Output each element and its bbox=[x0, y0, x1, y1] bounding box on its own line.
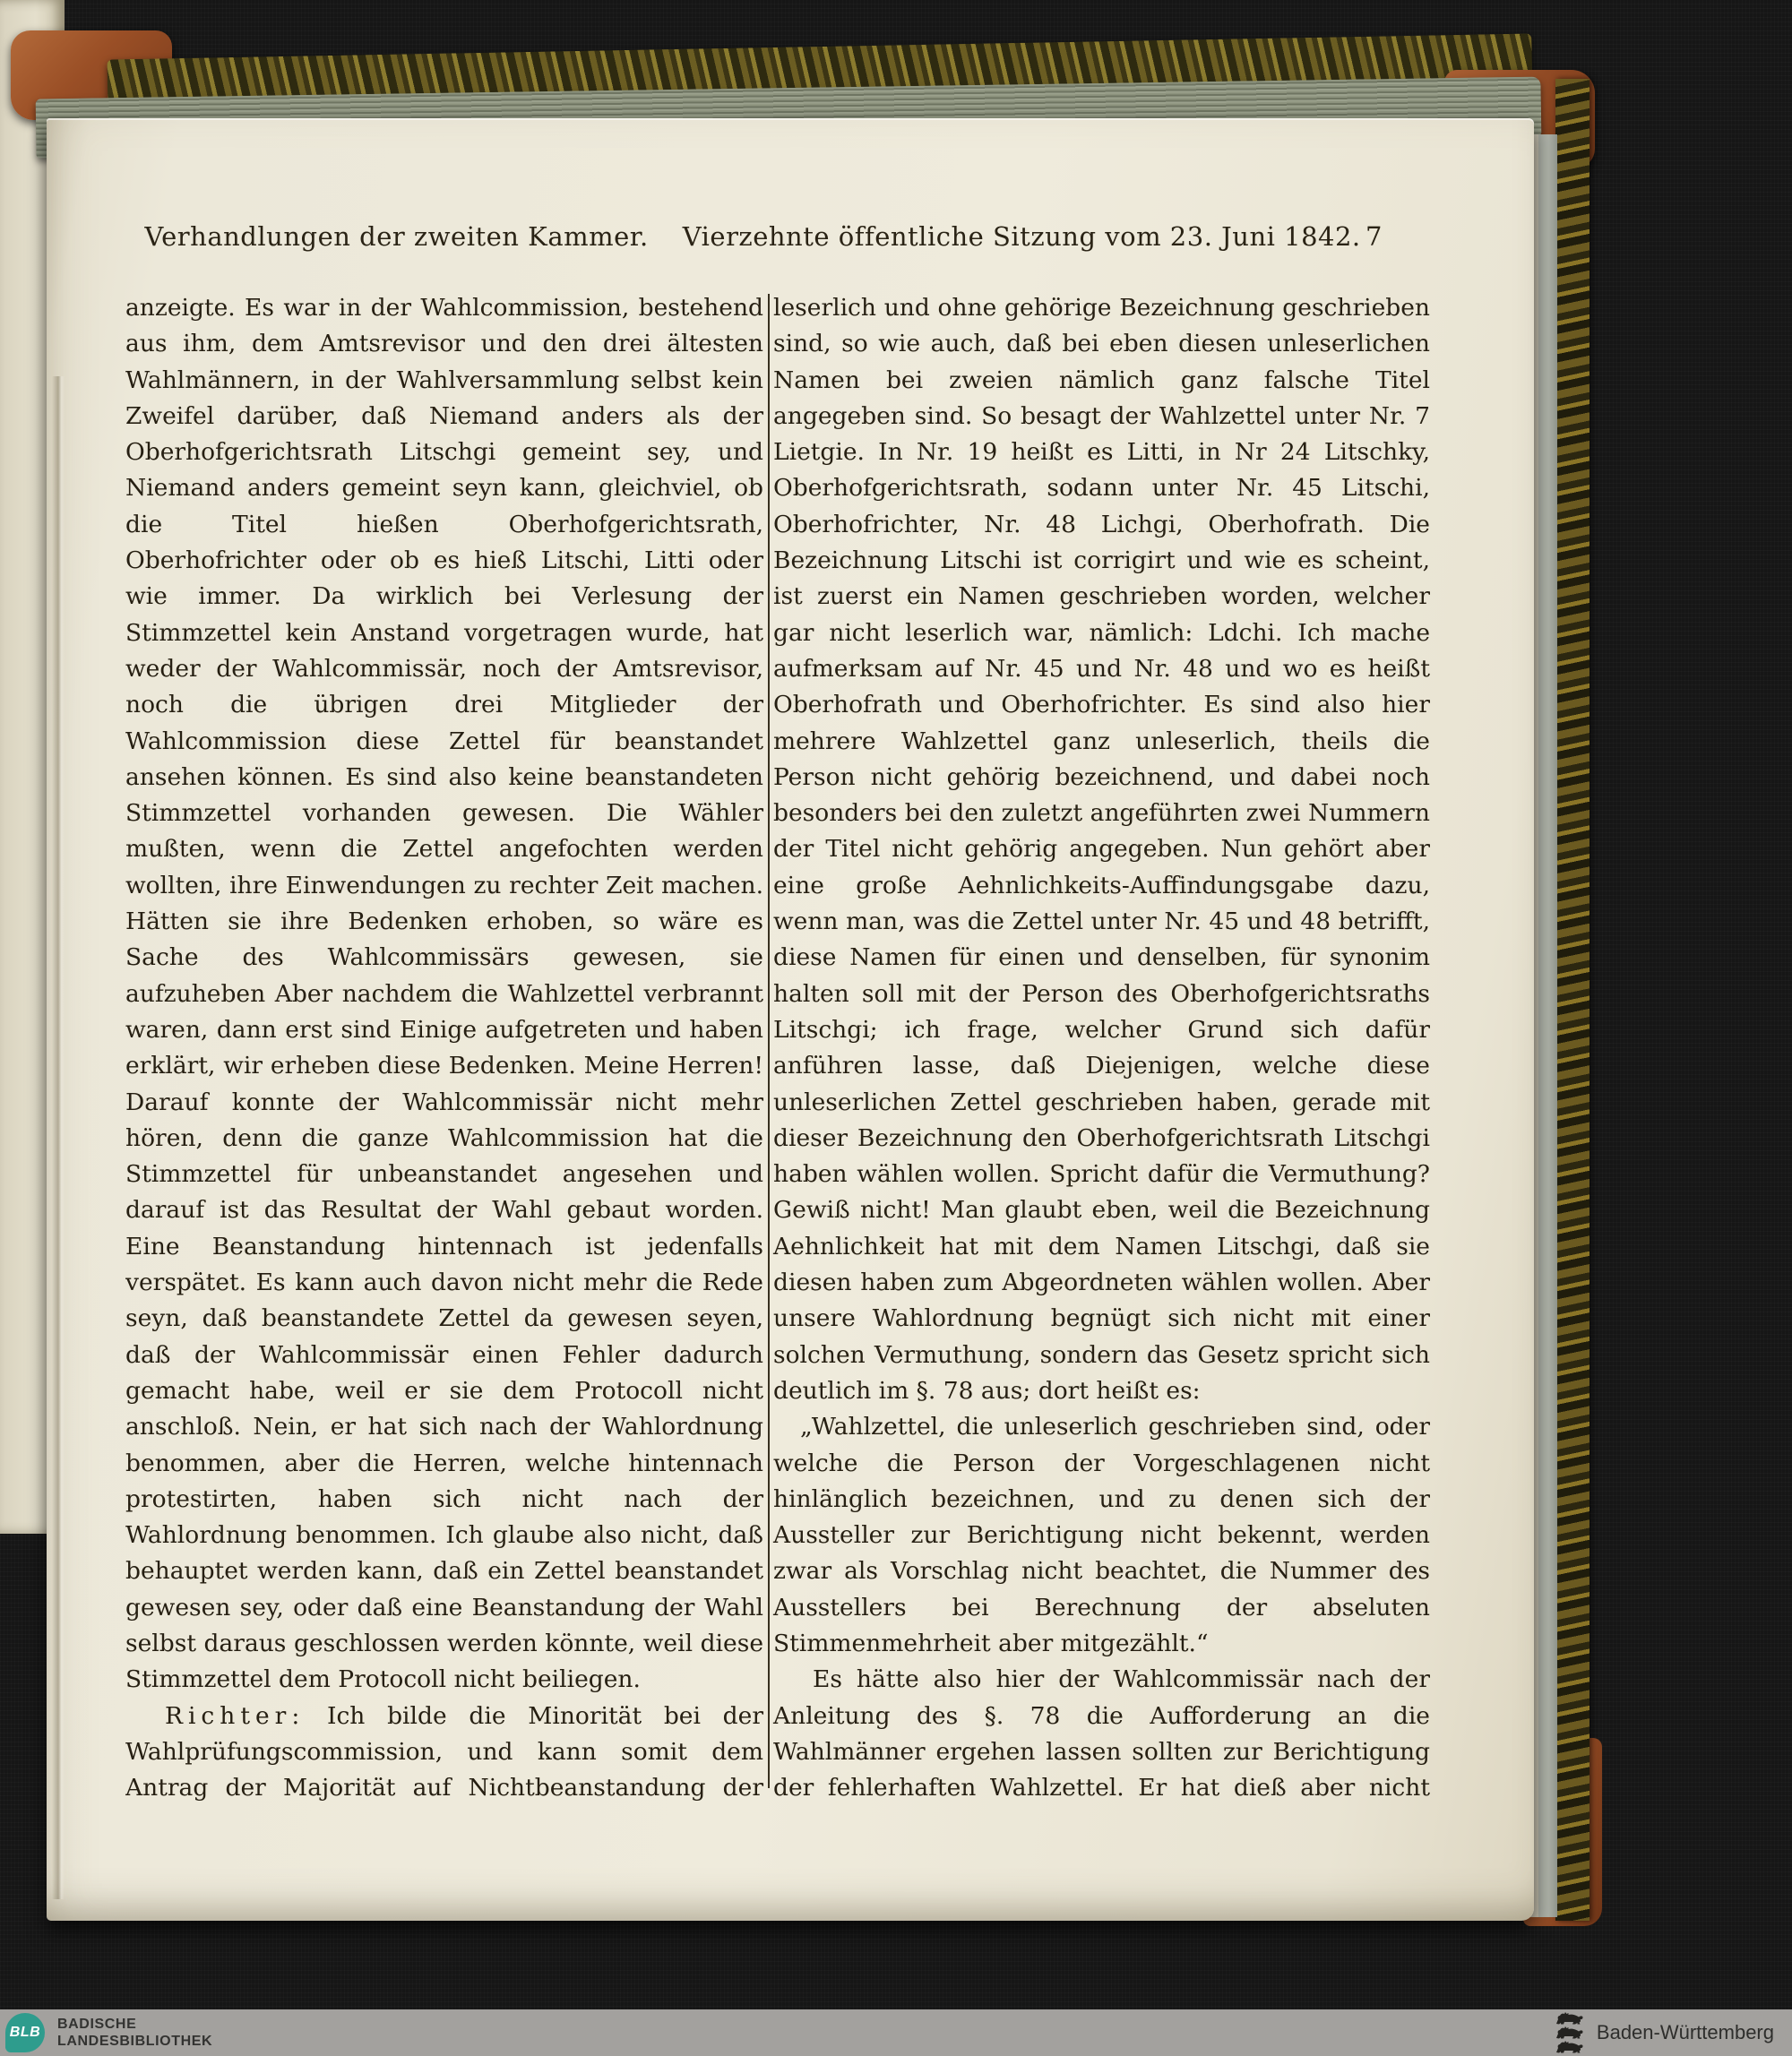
library-name-line2: LANDESBIBLIOTHEK bbox=[57, 2033, 212, 2050]
library-name-line1: BADISCHE bbox=[57, 2016, 212, 2033]
column-divider-rule bbox=[768, 294, 770, 1788]
page-header: Verhandlungen der zweiten Kammer.Vierzeh… bbox=[125, 221, 1380, 252]
state-name: Baden-Württemberg bbox=[1597, 2021, 1774, 2044]
speaker-name: Richter: bbox=[165, 1702, 305, 1730]
blb-library-logo: BLB bbox=[5, 2013, 45, 2052]
paragraph: leserlich und ohne gehörige Bezeichnung … bbox=[773, 290, 1430, 1409]
paragraph: anzeigte. Es war in der Wahlcommission, … bbox=[125, 290, 763, 1699]
text-column-left: anzeigte. Es war in der Wahlcommission, … bbox=[125, 290, 763, 1808]
page-number: 7 bbox=[1366, 221, 1419, 252]
footer-branding-bar: BLB BADISCHE LANDESBIBLIOTHEK Baden-Würt… bbox=[0, 2009, 1792, 2056]
page-gutter-crease bbox=[52, 376, 65, 1899]
viewer-background: { "header": { "title_left": "Verhandlung… bbox=[0, 0, 1792, 2056]
speaker-paragraph: Richter: Ich bilde die Minorität bei der… bbox=[125, 1699, 763, 1808]
library-name: BADISCHE LANDESBIBLIOTHEK bbox=[57, 2016, 212, 2050]
text-columns: anzeigte. Es war in der Wahlcommission, … bbox=[125, 290, 1430, 1808]
header-title-left: Verhandlungen der zweiten Kammer. bbox=[144, 221, 648, 252]
marbled-cover-edge-right bbox=[1555, 79, 1590, 1921]
header-title-right: Vierzehnte öffentliche Sitzung vom 23. J… bbox=[683, 221, 1361, 252]
baden-wuerttemberg-coat-of-arms-icon bbox=[1554, 2011, 1584, 2054]
text-column-right: leserlich und ohne gehörige Bezeichnung … bbox=[773, 290, 1430, 1808]
statute-quote-paragraph: „Wahlzettel, die unleserlich geschrieben… bbox=[773, 1409, 1430, 1662]
paragraph: Es hätte also hier der Wahlcommissär nac… bbox=[773, 1662, 1430, 1808]
